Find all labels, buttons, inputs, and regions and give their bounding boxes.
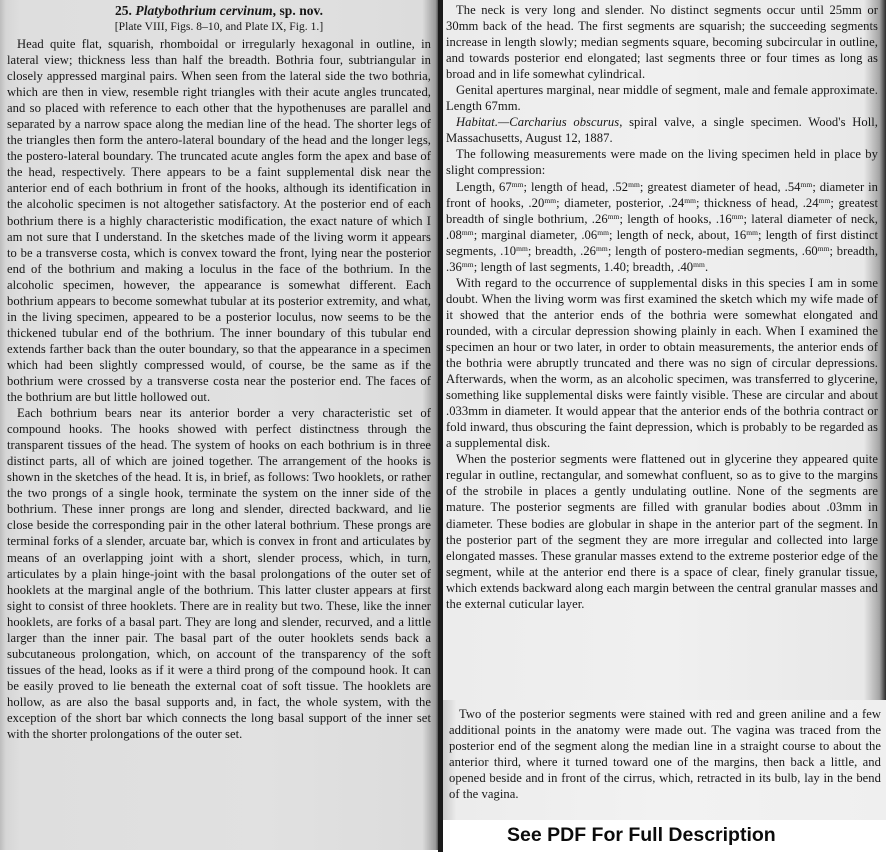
paragraph-neck: The neck is very long and slender. No di… [446, 2, 878, 82]
measurement-item: length of head, .52mm; [531, 180, 647, 194]
measurement-item: Length, 67mm; [456, 180, 531, 194]
species-number: 25. [115, 3, 132, 18]
left-column-text: 25. Platybothrium cervinum, sp. nov. [Pl… [7, 2, 431, 742]
plate-reference: [Plate VIII, Figs. 8–10, and Plate IX, F… [7, 19, 431, 36]
species-name: Platybothrium cervinum [135, 3, 272, 18]
measurement-item: length of hooks, .16mm; [627, 212, 751, 226]
paragraph-hooks-description: Each bothrium bears near its anterior bo… [7, 405, 431, 742]
paragraph-stained-segments: Two of the posterior segments were stain… [449, 706, 881, 802]
right-lower-text: Two of the posterior segments were stain… [449, 706, 881, 802]
measurement-item: greatest diameter of head, .54mm; [647, 180, 819, 194]
measurement-item: length of last segments, 1.40; [480, 260, 632, 274]
measurement-item: breadth, .40mm. [633, 260, 708, 274]
measurement-item: length of neck, about, 16mm; [617, 228, 766, 242]
measurement-item: marginal diameter, .06mm; [481, 228, 616, 242]
species-heading: 25. Platybothrium cervinum, sp. nov. [7, 2, 431, 19]
measurement-item: length of postero-median segments, .60mm… [615, 244, 837, 258]
species-suffix: , sp. nov. [273, 3, 323, 18]
paragraph-posterior-segments: When the posterior segments were flatten… [446, 451, 878, 611]
paragraph-genital: Genital apertures marginal, near middle … [446, 82, 878, 114]
paragraph-measurements: Length, 67mm; length of head, .52mm; gre… [446, 179, 878, 275]
right-column-scan: The neck is very long and slender. No di… [443, 0, 886, 700]
paragraph-head-description: Head quite flat, squarish, rhomboidal or… [7, 36, 431, 405]
right-lower-scan: Two of the posterior segments were stain… [443, 700, 886, 820]
paragraph-measurement-intro: The following measurements were made on … [446, 146, 878, 178]
right-column-text: The neck is very long and slender. No di… [446, 2, 878, 612]
see-pdf-notice: See PDF For Full Description [443, 820, 886, 864]
habitat-label: Habitat.— [456, 115, 509, 129]
paragraph-habitat: Habitat.—Carcharius obscurus, spiral val… [446, 114, 878, 146]
habitat-host: Carcharius obscurus [509, 115, 619, 129]
measurement-item: diameter, posterior, .24mm; [564, 196, 704, 210]
paragraph-supplemental-disks: With regard to the occurrence of supplem… [446, 275, 878, 452]
see-pdf-label: See PDF For Full Description [507, 824, 776, 847]
measurement-item: thickness of head, .24mm; [704, 196, 838, 210]
left-column-scan: 25. Platybothrium cervinum, sp. nov. [Pl… [0, 0, 440, 850]
measurement-item: breadth, .26mm; [535, 244, 615, 258]
